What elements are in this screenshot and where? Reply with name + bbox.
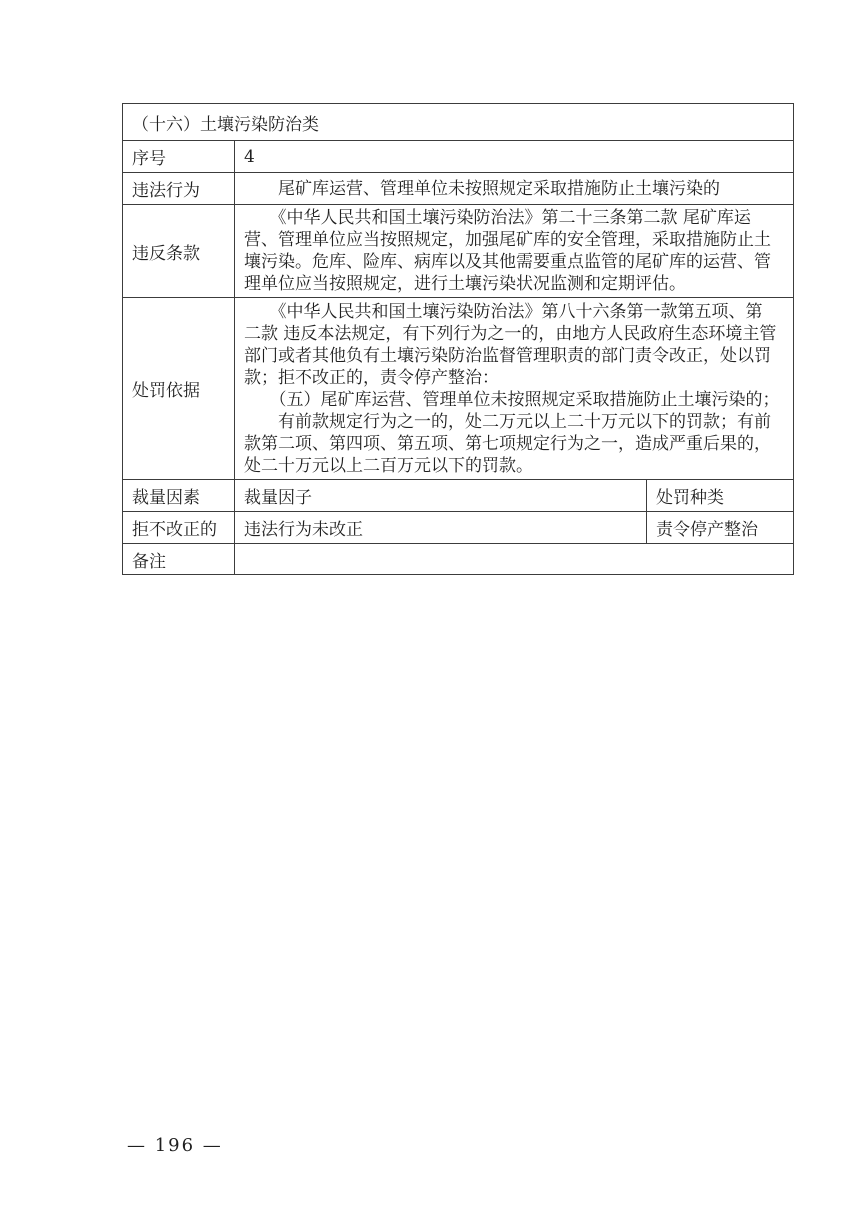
table-row: 处罚依据 《中华人民共和国土壤污染防治法》第八十六条第一款第五项、第 二款 违反… [123, 298, 794, 480]
illegal-act-label: 违法行为 [123, 173, 235, 205]
illegal-act-value: 尾矿库运营、管理单位未按照规定采取措施防止土壤污染的 [235, 173, 794, 205]
violated-clause-text: 《中华人民共和国土壤污染防治法》第二十三条第二款 尾矿库运 营、管理单位应当按照… [244, 207, 784, 295]
section-title: （十六）土壤污染防治类 [123, 104, 794, 141]
penalty-basis-label: 处罚依据 [123, 298, 235, 480]
discretion-factor-label: 裁量因素 [123, 480, 235, 512]
penalty-discretion-table: （十六）土壤污染防治类 序号 4 违法行为 尾矿库运营、管理单位未按照规定采取措… [122, 103, 794, 575]
refusal-correct-label: 拒不改正的 [123, 512, 235, 544]
penalty-type-header: 处罚种类 [647, 480, 794, 512]
refusal-correct-factor: 违法行为未改正 [235, 512, 647, 544]
serial-number-label: 序号 [123, 141, 235, 173]
refusal-correct-type: 责令停产整治 [647, 512, 794, 544]
table-row: 拒不改正的 违法行为未改正 责令停产整治 [123, 512, 794, 544]
illegal-act-text: 尾矿库运营、管理单位未按照规定采取措施防止土壤污染的 [244, 178, 784, 200]
table-row: 违反条款 《中华人民共和国土壤污染防治法》第二十三条第二款 尾矿库运 营、管理单… [123, 205, 794, 298]
violated-clause-value: 《中华人民共和国土壤污染防治法》第二十三条第二款 尾矿库运 营、管理单位应当按照… [235, 205, 794, 298]
table-row: （十六）土壤污染防治类 [123, 104, 794, 141]
serial-number-value: 4 [235, 141, 794, 173]
discretion-factor-header: 裁量因子 [235, 480, 647, 512]
violated-clause-label: 违反条款 [123, 205, 235, 298]
remarks-value [235, 544, 794, 575]
table-row: 序号 4 [123, 141, 794, 173]
table-row: 备注 [123, 544, 794, 575]
table-row: 违法行为 尾矿库运营、管理单位未按照规定采取措施防止土壤污染的 [123, 173, 794, 205]
penalty-basis-text: 《中华人民共和国土壤污染防治法》第八十六条第一款第五项、第 二款 违反本法规定，… [244, 301, 784, 477]
page-number: — 196 — [127, 1135, 223, 1156]
table-row: 裁量因素 裁量因子 处罚种类 [123, 480, 794, 512]
penalty-basis-value: 《中华人民共和国土壤污染防治法》第八十六条第一款第五项、第 二款 违反本法规定，… [235, 298, 794, 480]
remarks-label: 备注 [123, 544, 235, 575]
